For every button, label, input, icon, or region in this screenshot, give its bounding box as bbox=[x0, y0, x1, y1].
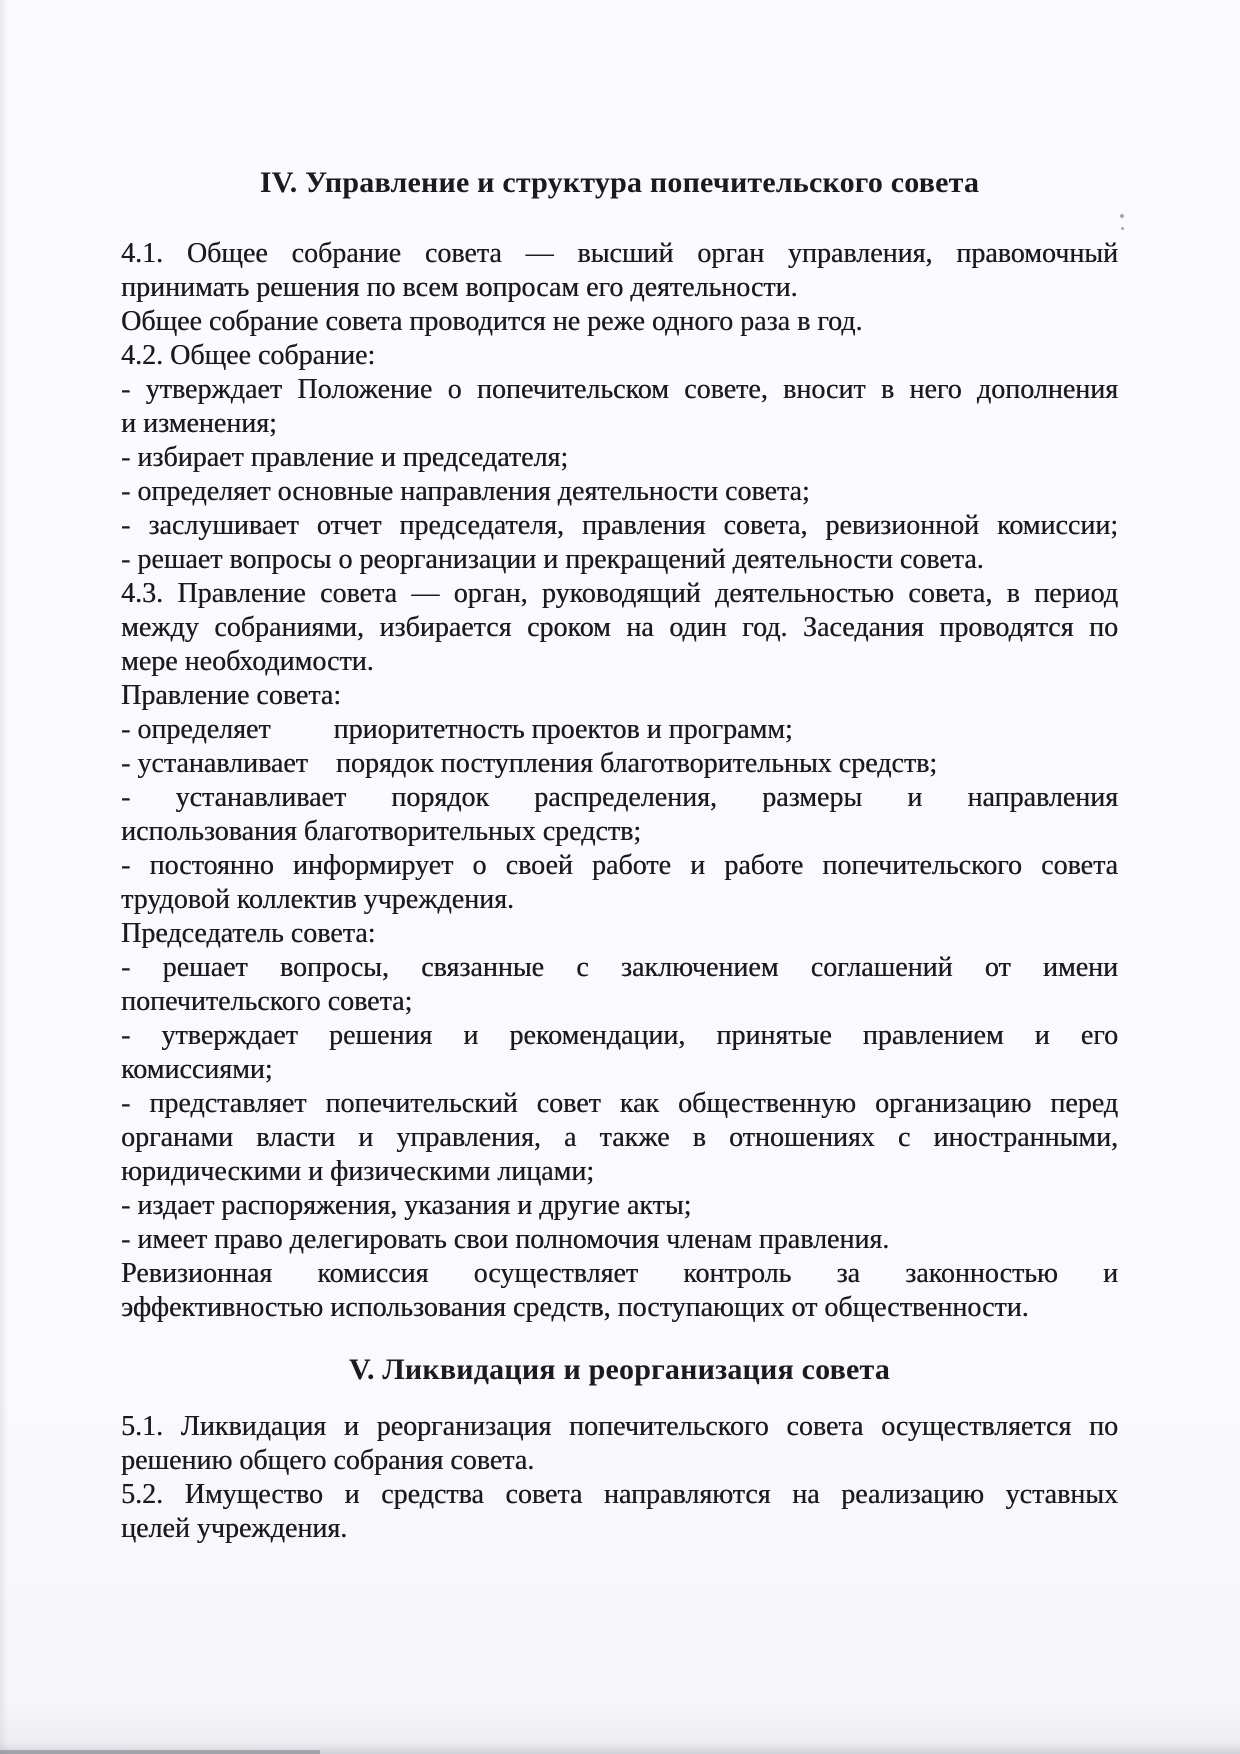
text-line: - избирает правление и председателя; bbox=[121, 441, 1118, 475]
scan-edge-bottom bbox=[0, 1742, 1240, 1754]
text-line: мере необходимости. bbox=[121, 645, 1118, 679]
text-line: Общее собрание совета проводится не реже… bbox=[121, 305, 1118, 339]
text-line: принимать решения по всем вопросам его д… bbox=[121, 271, 1118, 305]
text-line: - заслушивает отчет председателя, правле… bbox=[121, 509, 1118, 543]
section-v-body: 5.1. Ликвидация и реорганизация попечите… bbox=[121, 1410, 1118, 1546]
section-iv-body: 4.1. Общее собрание совета — высший орга… bbox=[121, 237, 1118, 1325]
section-iv-heading: IV. Управление и структура попечительско… bbox=[121, 164, 1118, 201]
scan-edge-left bbox=[0, 0, 8, 1754]
text-line: - определяет основные направления деятел… bbox=[121, 475, 1118, 509]
text-line: Правление совета: bbox=[121, 679, 1118, 713]
text-line: - представляет попечительский совет как … bbox=[121, 1087, 1118, 1121]
text-line: - решает вопросы о реорганизации и прекр… bbox=[121, 543, 1118, 577]
section-iv-management: IV. Управление и структура попечительско… bbox=[121, 164, 1118, 1325]
text-line: и изменения; bbox=[121, 407, 1118, 441]
text-line: комиссиями; bbox=[121, 1053, 1118, 1087]
scan-edge-bottom-dark bbox=[0, 1750, 320, 1754]
text-line: использования благотворительных средств; bbox=[121, 815, 1118, 849]
text-line: 4.1. Общее собрание совета — высший орга… bbox=[121, 237, 1118, 271]
text-line: - решает вопросы, связанные с заключение… bbox=[121, 951, 1118, 985]
section-v-liquidation: V. Ликвидация и реорганизация совета 5.1… bbox=[121, 1351, 1118, 1546]
text-line: попечительского совета; bbox=[121, 985, 1118, 1019]
text-line: - утверждает Положение о попечительском … bbox=[121, 373, 1118, 407]
scan-speck bbox=[1121, 227, 1124, 230]
text-line: - определяет приоритетность проектов и п… bbox=[121, 713, 1118, 747]
text-line: 4.2. Общее собрание: bbox=[121, 339, 1118, 373]
text-line: - утверждает решения и рекомендации, при… bbox=[121, 1019, 1118, 1053]
text-line: 5.1. Ликвидация и реорганизация попечите… bbox=[121, 1410, 1118, 1444]
text-line: - имеет право делегировать свои полномоч… bbox=[121, 1223, 1118, 1257]
text-line: 5.2. Имущество и средства совета направл… bbox=[121, 1478, 1118, 1512]
text-line: - постоянно информирует о своей работе и… bbox=[121, 849, 1118, 883]
text-line: юридическими и физическими лицами; bbox=[121, 1155, 1118, 1189]
scanned-document-page: IV. Управление и структура попечительско… bbox=[0, 0, 1240, 1754]
text-line: 4.3. Правление совета — орган, руководящ… bbox=[121, 577, 1118, 611]
text-line: Председатель совета: bbox=[121, 917, 1118, 951]
text-line: органами власти и управления, а также в … bbox=[121, 1121, 1118, 1155]
section-v-heading: V. Ликвидация и реорганизация совета bbox=[121, 1351, 1118, 1388]
text-line: решению общего собрания совета. bbox=[121, 1444, 1118, 1478]
scan-speck bbox=[1120, 214, 1124, 218]
text-line: целей учреждения. bbox=[121, 1512, 1118, 1546]
text-line: между собраниями, избирается сроком на о… bbox=[121, 611, 1118, 645]
text-line: - устанавливает порядок распределения, р… bbox=[121, 781, 1118, 815]
text-line: - устанавливает порядок поступления благ… bbox=[121, 747, 1118, 781]
document-text-block: IV. Управление и структура попечительско… bbox=[121, 164, 1118, 1546]
text-line: эффективностью использования средств, по… bbox=[121, 1291, 1118, 1325]
text-line: - издает распоряжения, указания и другие… bbox=[121, 1189, 1118, 1223]
text-line: Ревизионная комиссия осуществляет контро… bbox=[121, 1257, 1118, 1291]
text-line: трудовой коллектив учреждения. bbox=[121, 883, 1118, 917]
